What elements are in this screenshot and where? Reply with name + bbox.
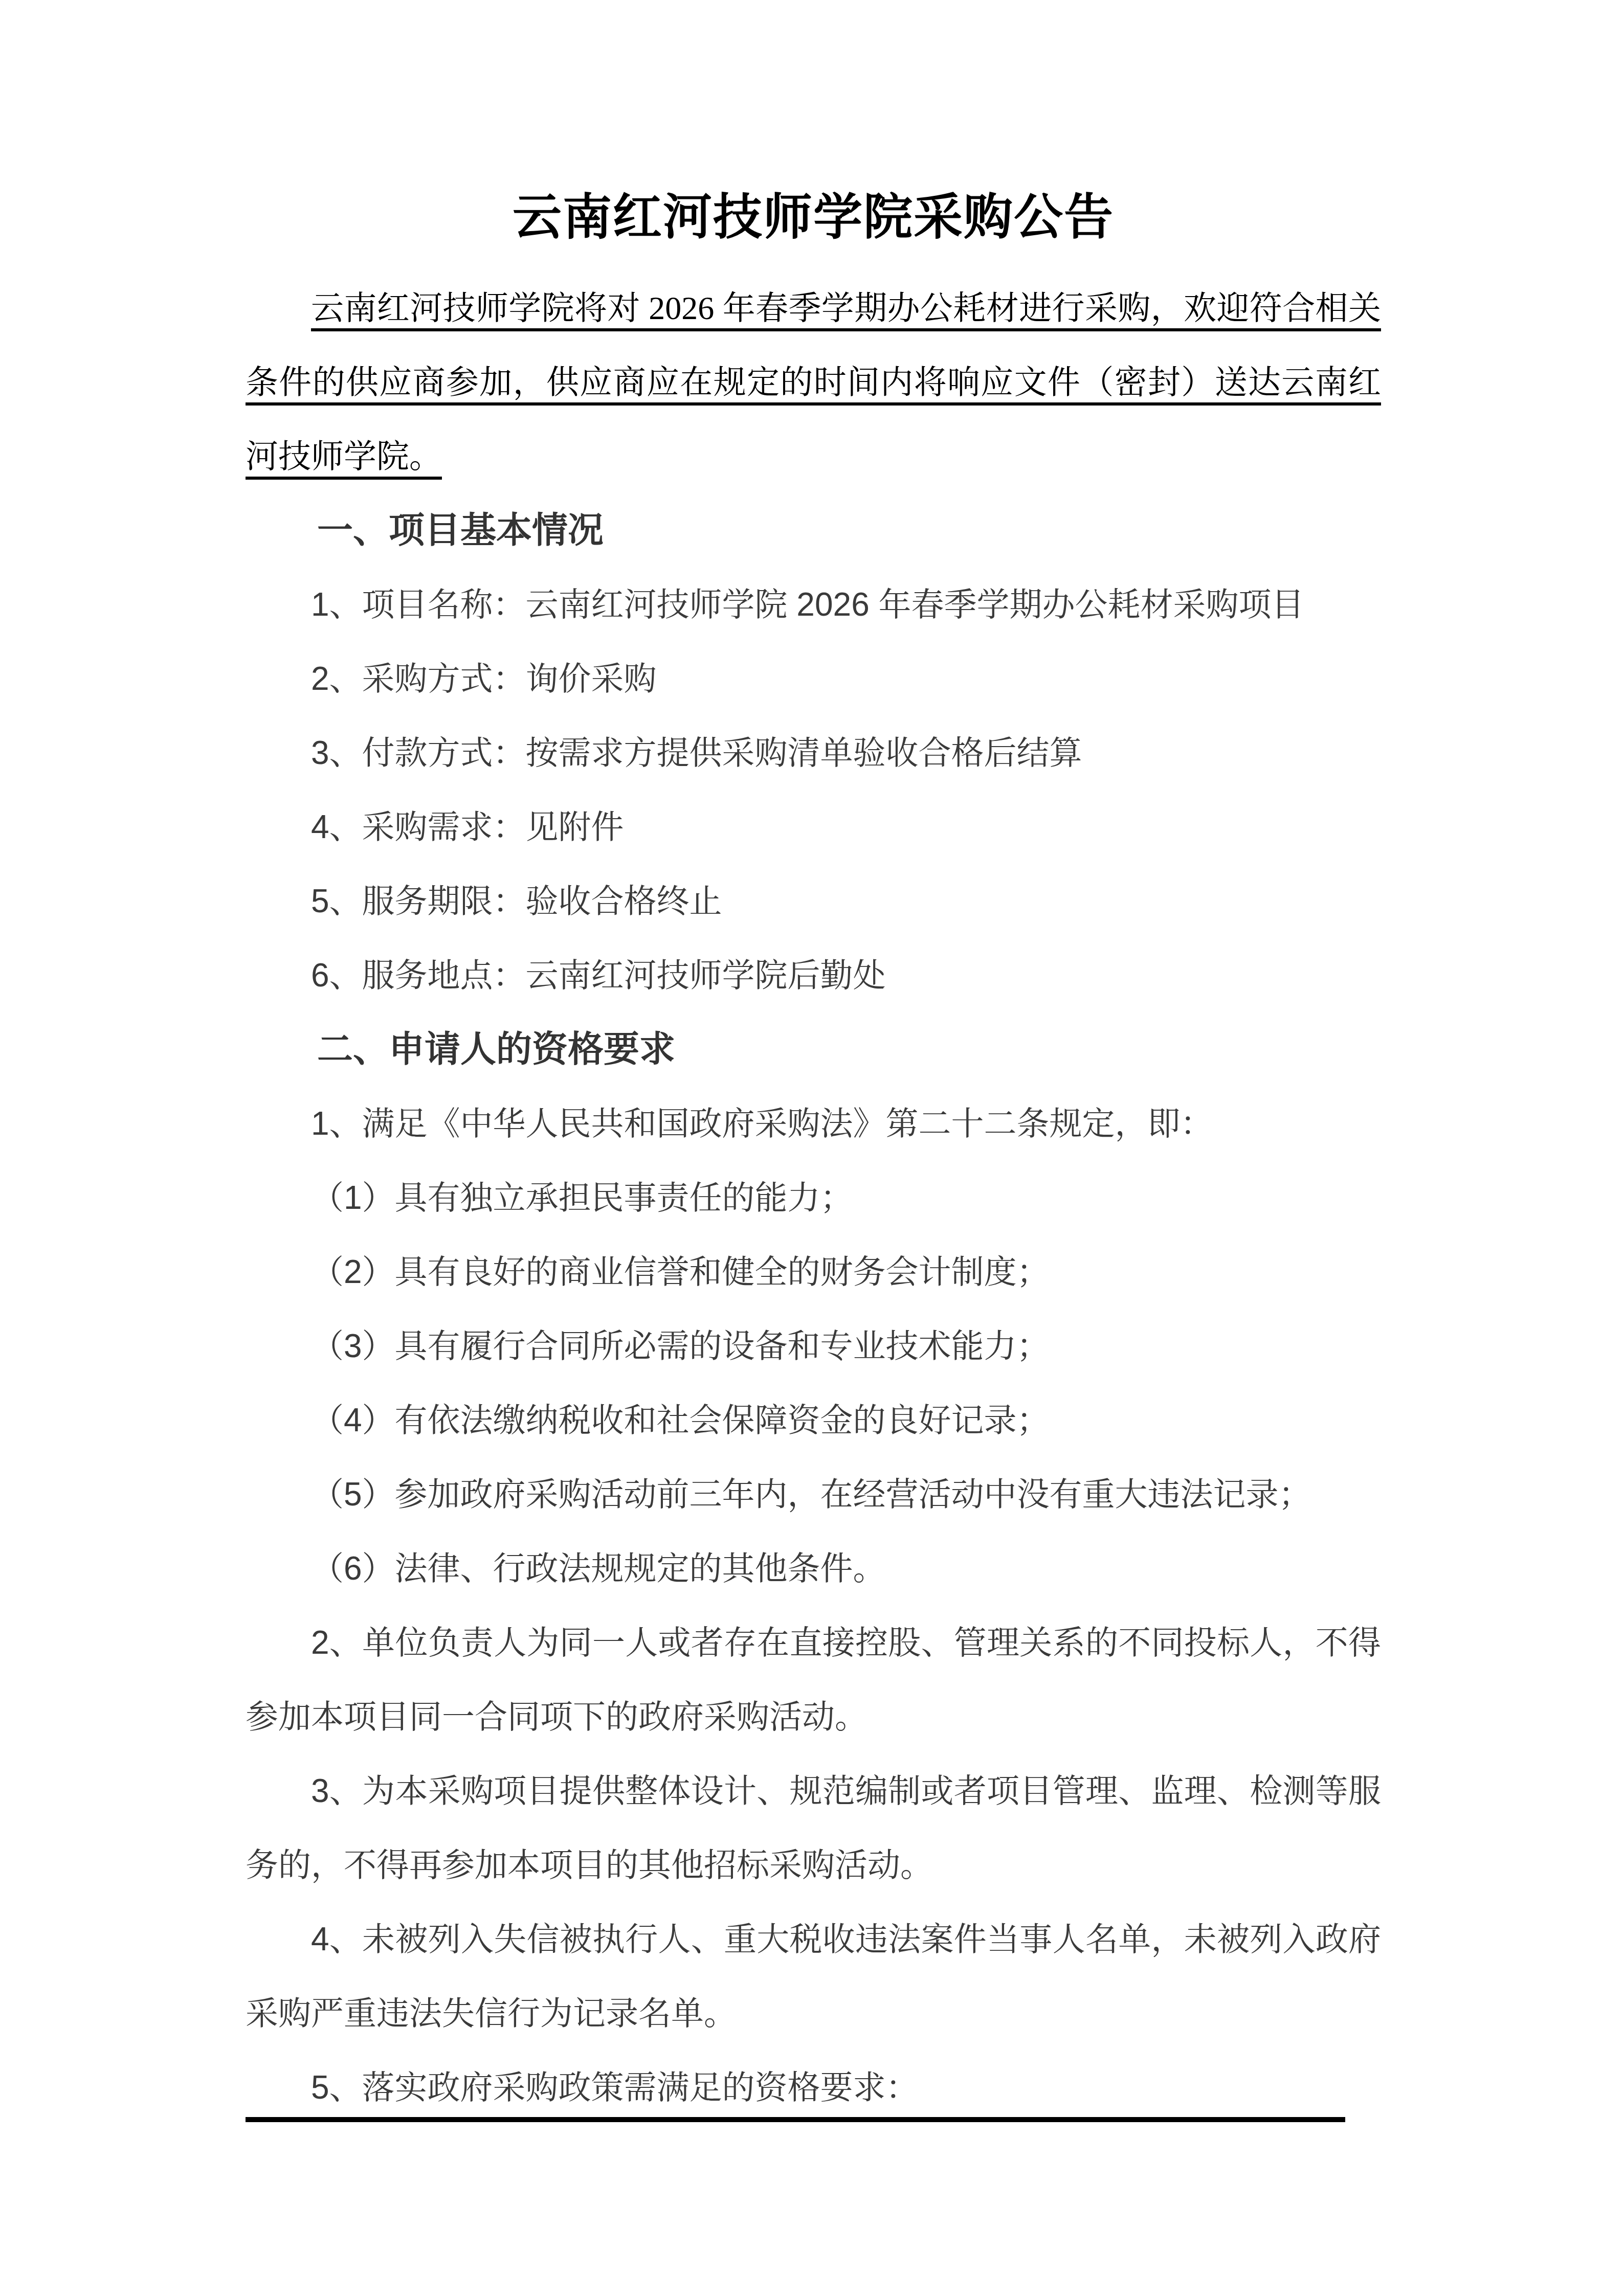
list-item-purchase-method: 2、采购方式：询价采购: [246, 642, 1381, 716]
document-page: 云南红河技师学院采购公告 云南红河技师学院将对 2026 年春季学期办公耗材进行…: [0, 0, 1624, 2296]
document-title: 云南红河技师学院采购公告: [246, 184, 1381, 251]
list-item-design-service: 3、为本采购项目提供整体设计、规范编制或者项目管理、监理、检测等服务的，不得再参…: [246, 1754, 1381, 1902]
list-item-law-article22: 1、满足《中华人民共和国政府采购法》第二十二条规定，即：: [246, 1087, 1381, 1161]
list-item-policy-requirement: 5、落实政府采购政策需满足的资格要求：: [246, 2051, 1381, 2125]
list-item-condition-2: （2）具有良好的商业信誉和健全的财务会计制度；: [246, 1235, 1381, 1309]
footnote-separator-line: [246, 2117, 1345, 2122]
section-heading-basic-info: 一、项目基本情况: [246, 493, 1381, 568]
list-item-payment-method: 3、付款方式：按需求方提供采购清单验收合格后结算: [246, 716, 1381, 790]
list-item-same-legal-person: 2、单位负责人为同一人或者存在直接控股、管理关系的不同投标人，不得参加本项目同一…: [246, 1606, 1381, 1754]
list-item-condition-3: （3）具有履行合同所必需的设备和专业技术能力；: [246, 1309, 1381, 1383]
intro-paragraph: 云南红河技师学院将对 2026 年春季学期办公耗材进行采购，欢迎符合相关条件的供…: [246, 271, 1381, 493]
list-item-purchase-demand: 4、采购需求：见附件: [246, 790, 1381, 864]
list-item-credit-blacklist: 4、未被列入失信被执行人、重大税收违法案件当事人名单，未被列入政府采购严重违法失…: [246, 1902, 1381, 2051]
list-item-condition-6: （6）法律、行政法规规定的其他条件。: [246, 1532, 1381, 1606]
section-heading-qualification: 二、申请人的资格要求: [246, 1012, 1381, 1087]
list-item-condition-4: （4）有依法缴纳税收和社会保障资金的良好记录；: [246, 1383, 1381, 1457]
list-item-project-name: 1、项目名称：云南红河技师学院 2026 年春季学期办公耗材采购项目: [246, 568, 1381, 642]
list-item-service-place: 6、服务地点：云南红河技师学院后勤处: [246, 938, 1381, 1012]
list-item-condition-1: （1）具有独立承担民事责任的能力；: [246, 1161, 1381, 1235]
list-item-condition-5: （5）参加政府采购活动前三年内，在经营活动中没有重大违法记录；: [246, 1457, 1381, 1532]
list-item-service-period: 5、服务期限：验收合格终止: [246, 864, 1381, 938]
document-content: 云南红河技师学院采购公告 云南红河技师学院将对 2026 年春季学期办公耗材进行…: [0, 0, 1624, 2125]
